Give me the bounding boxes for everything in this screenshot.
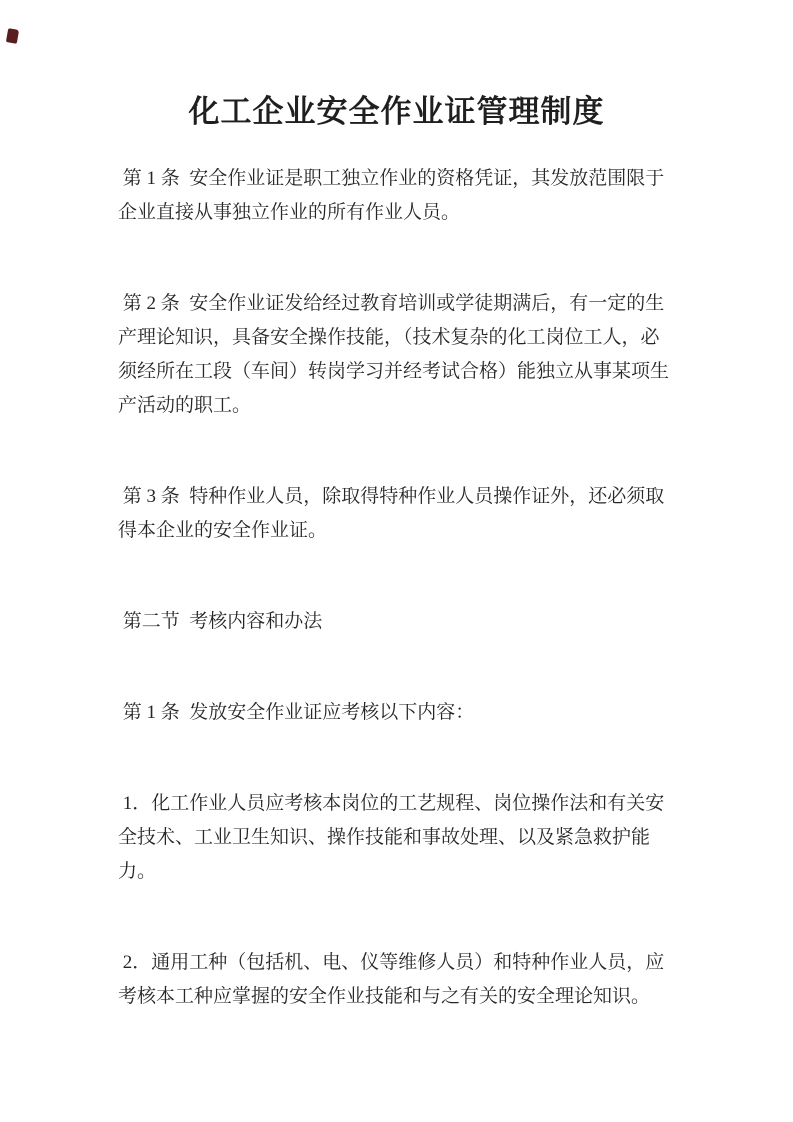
paragraph-item-1: 1．化工作业人员应考核本岗位的工艺规程、岗位操作法和有关安全技术、工业卫生知识、… (118, 787, 675, 889)
paragraph-article-3: 第 3 条 特种作业人员，除取得特种作业人员操作证外，还必须取得本企业的安全作业… (118, 480, 675, 548)
paragraph-section2-article-1: 第 1 条 发放安全作业证应考核以下内容： (118, 696, 675, 730)
paragraph-article-2: 第 2 条 安全作业证发给经过教育培训或学徒期满后，有一定的生产理论知识，具备安… (118, 287, 675, 423)
document-page: 化工企业安全作业证管理制度 第 1 条 安全作业证是职工独立作业的资格凭证，其发… (0, 0, 793, 1122)
section-heading: 第二节 考核内容和办法 (118, 605, 675, 639)
paragraph-item-2: 2．通用工种（包括机、电、仪等维修人员）和特种作业人员，应考核本工种应掌握的安全… (118, 946, 675, 1014)
document-content: 化工企业安全作业证管理制度 第 1 条 安全作业证是职工独立作业的资格凭证，其发… (0, 0, 793, 1014)
page-title: 化工企业安全作业证管理制度 (118, 90, 675, 134)
paragraph-article-1: 第 1 条 安全作业证是职工独立作业的资格凭证，其发放范围限于企业直接从事独立作… (118, 162, 675, 230)
